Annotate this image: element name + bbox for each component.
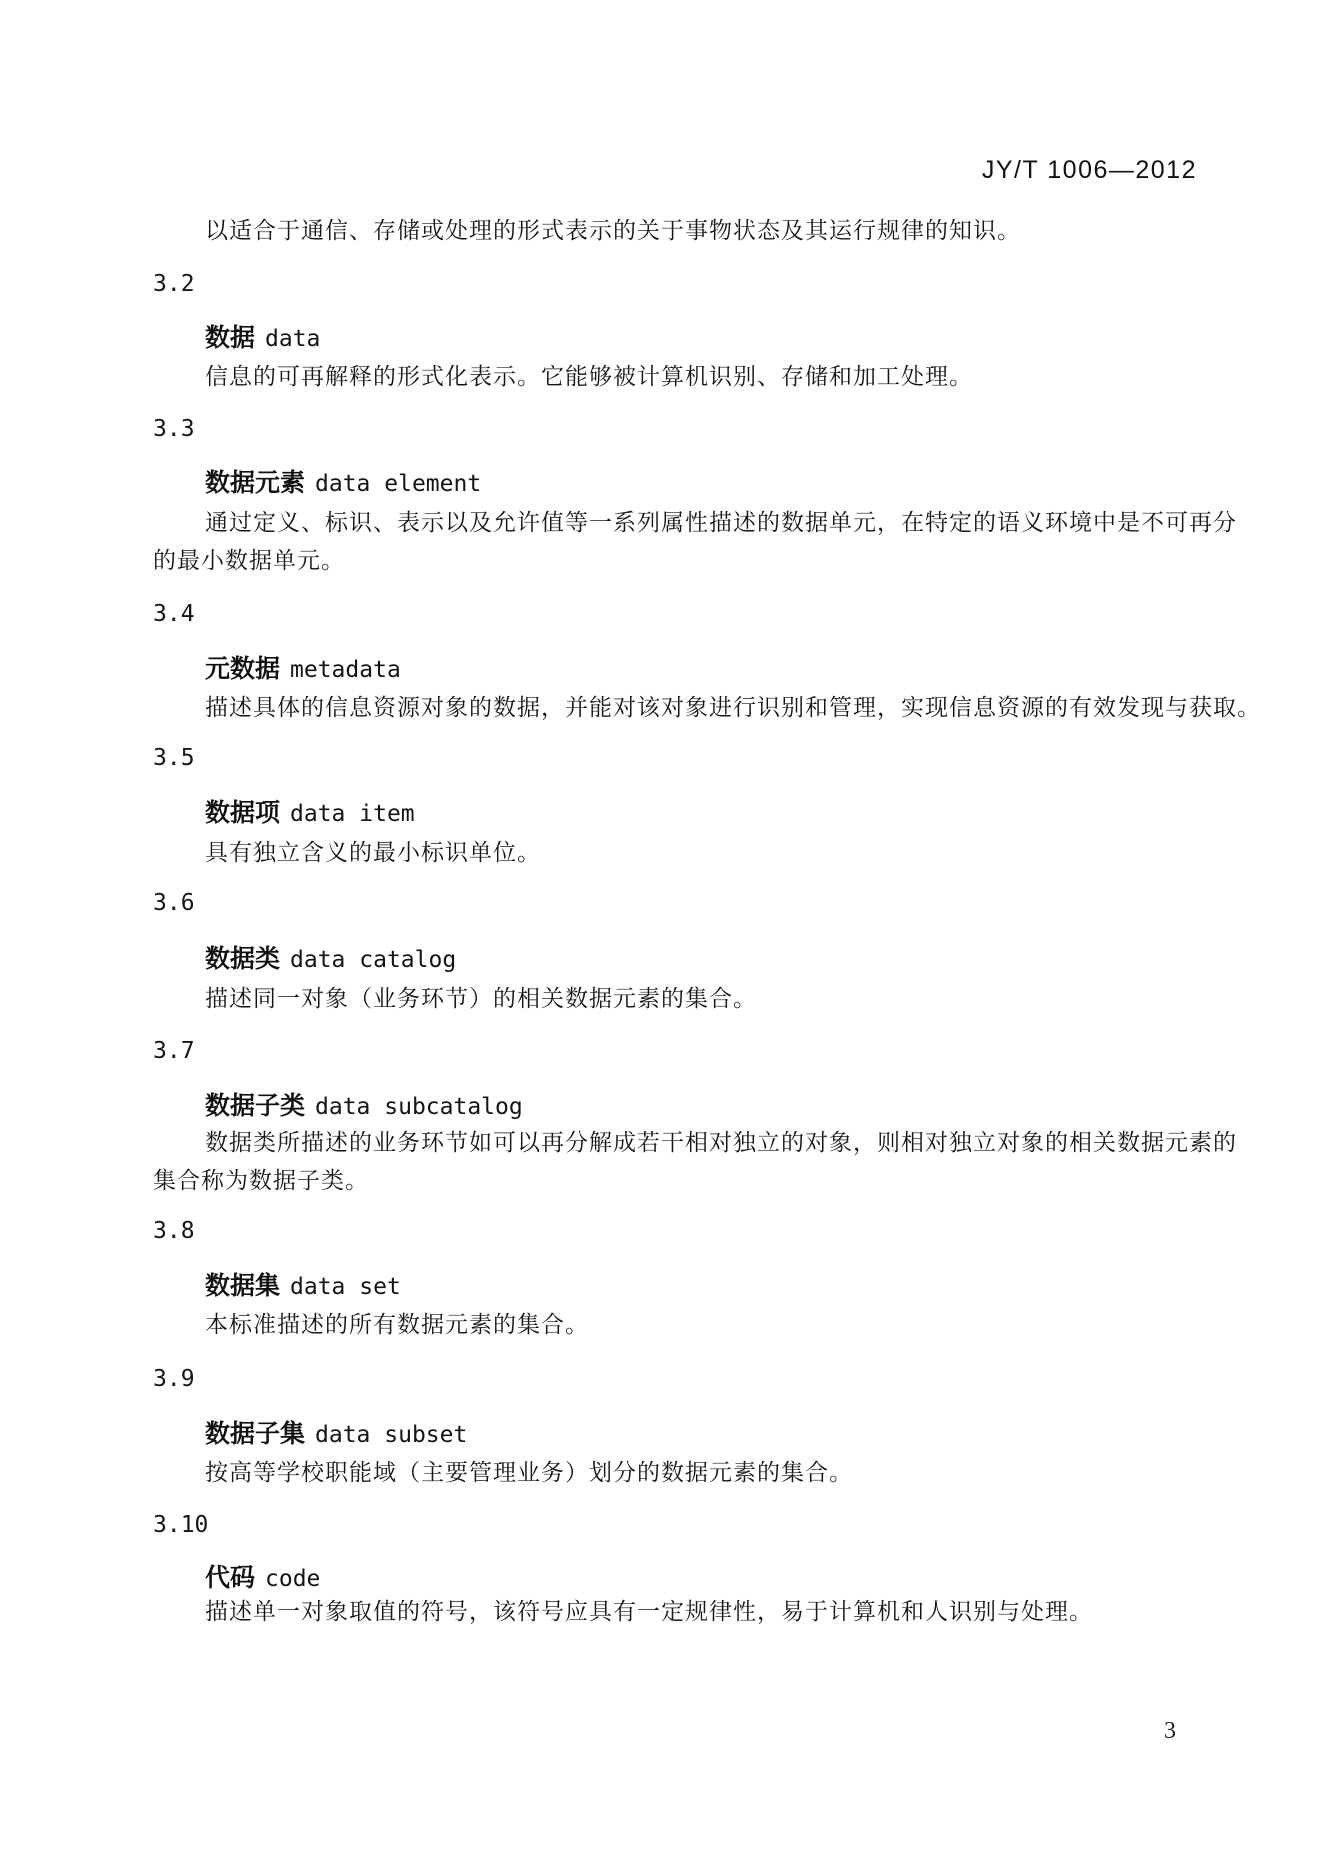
- term-en: data element: [315, 471, 481, 497]
- document-code-header: JY/T 1006—2012: [982, 157, 1197, 183]
- term-heading: 数据data: [205, 324, 320, 356]
- page-number: 3: [1164, 1718, 1176, 1744]
- definition-line: 信息的可再解释的形式化表示。它能够被计算机识别、存储和加工处理。: [205, 362, 973, 392]
- term-en: data subcatalog: [315, 1094, 523, 1120]
- term-en: data subset: [315, 1422, 467, 1448]
- definition-line: 具有独立含义的最小标识单位。: [205, 838, 541, 868]
- definition-line: 本标准描述的所有数据元素的集合。: [205, 1310, 589, 1340]
- term-zh: 数据: [205, 324, 255, 352]
- intro-continuation-line: 以适合于通信、存储或处理的形式表示的关于事物状态及其运行规律的知识。: [205, 216, 1021, 246]
- definition-line: 集合称为数据子类。: [153, 1166, 369, 1196]
- term-heading: 数据子集data subset: [205, 1420, 467, 1452]
- term-heading: 数据元素data element: [205, 469, 481, 501]
- term-zh: 数据集: [205, 1272, 280, 1300]
- term-en: data: [265, 326, 320, 352]
- section-number: 3.2: [153, 271, 195, 297]
- term-en: data item: [290, 801, 415, 827]
- section-number: 3.6: [153, 890, 195, 916]
- term-zh: 元数据: [205, 655, 280, 683]
- term-zh: 数据类: [205, 945, 280, 973]
- definition-line: 通过定义、标识、表示以及允许值等一系列属性描述的数据单元，在特定的语义环境中是不…: [205, 508, 1237, 538]
- term-zh: 数据元素: [205, 469, 305, 497]
- definition-line: 描述单一对象取值的符号，该符号应具有一定规律性，易于计算机和人识别与处理。: [205, 1597, 1093, 1627]
- section-number: 3.8: [153, 1218, 195, 1244]
- term-zh: 数据子集: [205, 1420, 305, 1448]
- term-zh: 数据项: [205, 799, 280, 827]
- document-page: JY/T 1006—2012 以适合于通信、存储或处理的形式表示的关于事物状态及…: [0, 0, 1323, 1871]
- term-zh: 数据子类: [205, 1092, 305, 1120]
- definition-line: 按高等学校职能域（主要管理业务）划分的数据元素的集合。: [205, 1458, 853, 1488]
- section-number: 3.4: [153, 601, 195, 627]
- section-number: 3.10: [153, 1512, 208, 1538]
- term-en: metadata: [290, 657, 401, 683]
- definition-line: 数据类所描述的业务环节如可以再分解成若干相对独立的对象，则相对独立对象的相关数据…: [205, 1128, 1237, 1158]
- term-en: data set: [290, 1274, 401, 1300]
- term-heading: 元数据metadata: [205, 655, 401, 687]
- term-zh: 代码: [205, 1564, 255, 1592]
- section-number: 3.7: [153, 1038, 195, 1064]
- term-en: data catalog: [290, 947, 456, 973]
- definition-line: 描述同一对象（业务环节）的相关数据元素的集合。: [205, 984, 757, 1014]
- term-heading: 数据项data item: [205, 799, 415, 831]
- definition-line: 描述具体的信息资源对象的数据，并能对该对象进行识别和管理，实现信息资源的有效发现…: [205, 693, 1261, 723]
- section-number: 3.3: [153, 416, 195, 442]
- term-heading: 数据集data set: [205, 1272, 401, 1304]
- term-heading: 数据类data catalog: [205, 945, 456, 977]
- term-heading: 数据子类data subcatalog: [205, 1092, 523, 1124]
- term-en: code: [265, 1566, 320, 1592]
- section-number: 3.9: [153, 1366, 195, 1392]
- section-number: 3.5: [153, 745, 195, 771]
- definition-line: 的最小数据单元。: [153, 546, 345, 576]
- term-heading: 代码code: [205, 1564, 320, 1596]
